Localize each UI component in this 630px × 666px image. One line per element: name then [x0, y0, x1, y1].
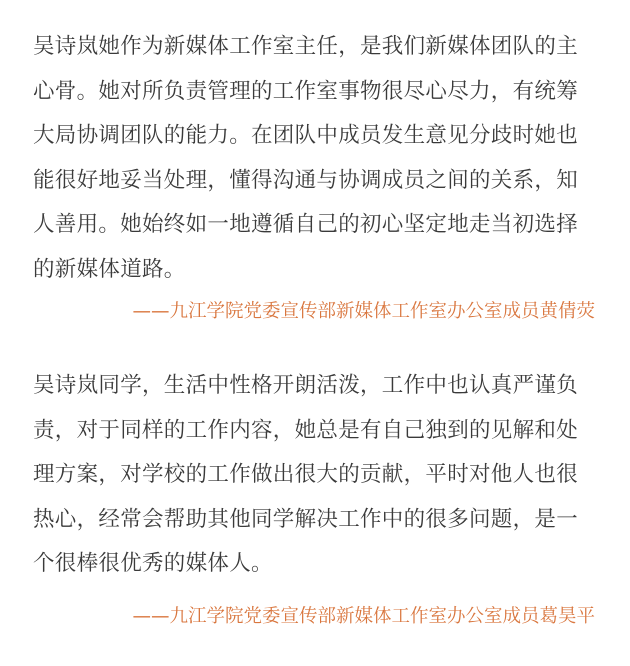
testimonial-attribution: ——九江学院党委宣传部新媒体工作室办公室成员黄倩荧 — [132, 300, 595, 324]
testimonial-paragraph: 吴诗岚她作为新媒体工作室主任，是我们新媒体团队的主心骨。她对所负责管理的工作室事… — [33, 25, 593, 292]
testimonial-paragraph: 吴诗岚同学，生活中性格开朗活泼，工作中也认真严谨负责，对于同样的工作内容，她总是… — [33, 364, 593, 587]
testimonial-attribution: ——九江学院党委宣传部新媒体工作室办公室成员葛昊平 — [132, 605, 595, 629]
